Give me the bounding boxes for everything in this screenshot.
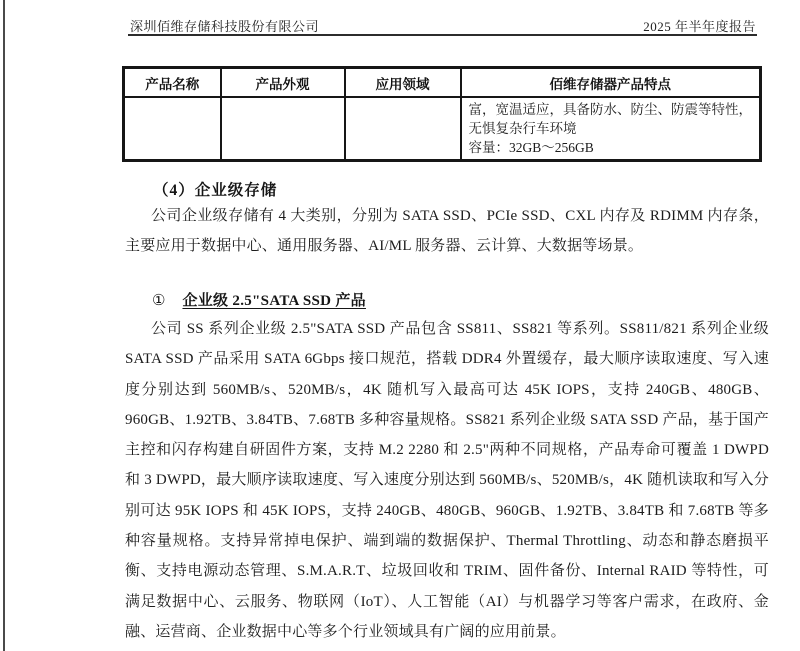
circled-one-marker: ① — [152, 293, 165, 309]
paragraph-enterprise-overview: 公司企业级存储有 4 大类别，分别为 SATA SSD、PCIe SSD、CXL… — [125, 201, 769, 262]
product-name-cell — [124, 97, 221, 161]
page-edge-line — [3, 0, 5, 651]
table-header-row: 产品名称 产品外观 应用领域 佰维存储器产品特点 — [124, 68, 761, 98]
table-row: 富，宽温适应，具备防水、防尘、防震等特性， 无惧复杂行车环境 容量：32GB～2… — [124, 97, 761, 161]
col-header-product-name: 产品名称 — [124, 68, 221, 98]
feature-line: 富，宽温适应，具备防水、防尘、防震等特性， — [469, 100, 753, 119]
feature-line: 容量：32GB～256GB — [469, 138, 753, 157]
subsection-heading-sata-ssd: ①企业级 2.5"SATA SSD 产品 — [152, 289, 366, 310]
header-company-name: 深圳佰维存储科技股份有限公司 — [130, 16, 319, 35]
application-field-cell — [345, 97, 461, 161]
product-table: 产品名称 产品外观 应用领域 佰维存储器产品特点 富，宽温适应，具备防水、防尘、… — [122, 66, 762, 162]
col-header-product-features: 佰维存储器产品特点 — [461, 68, 761, 98]
product-features-cell: 富，宽温适应，具备防水、防尘、防震等特性， 无惧复杂行车环境 容量：32GB～2… — [461, 97, 761, 161]
product-appearance-cell — [221, 97, 345, 161]
section-heading-enterprise-storage: （4）企业级存储 — [153, 178, 277, 200]
paragraph-sata-ssd-detail: 公司 SS 系列企业级 2.5"SATA SSD 产品包含 SS811、SS82… — [125, 314, 769, 647]
header-report-title: 2025 年半年度报告 — [643, 16, 756, 35]
col-header-application-field: 应用领域 — [345, 68, 461, 98]
report-page: 深圳佰维存储科技股份有限公司 2025 年半年度报告 产品名称 产品外观 应用领… — [0, 0, 800, 651]
feature-line: 无惧复杂行车环境 — [469, 119, 753, 138]
subsection-title: 企业级 2.5"SATA SSD 产品 — [182, 293, 366, 309]
col-header-product-appearance: 产品外观 — [221, 68, 345, 98]
header-rule — [128, 34, 757, 36]
